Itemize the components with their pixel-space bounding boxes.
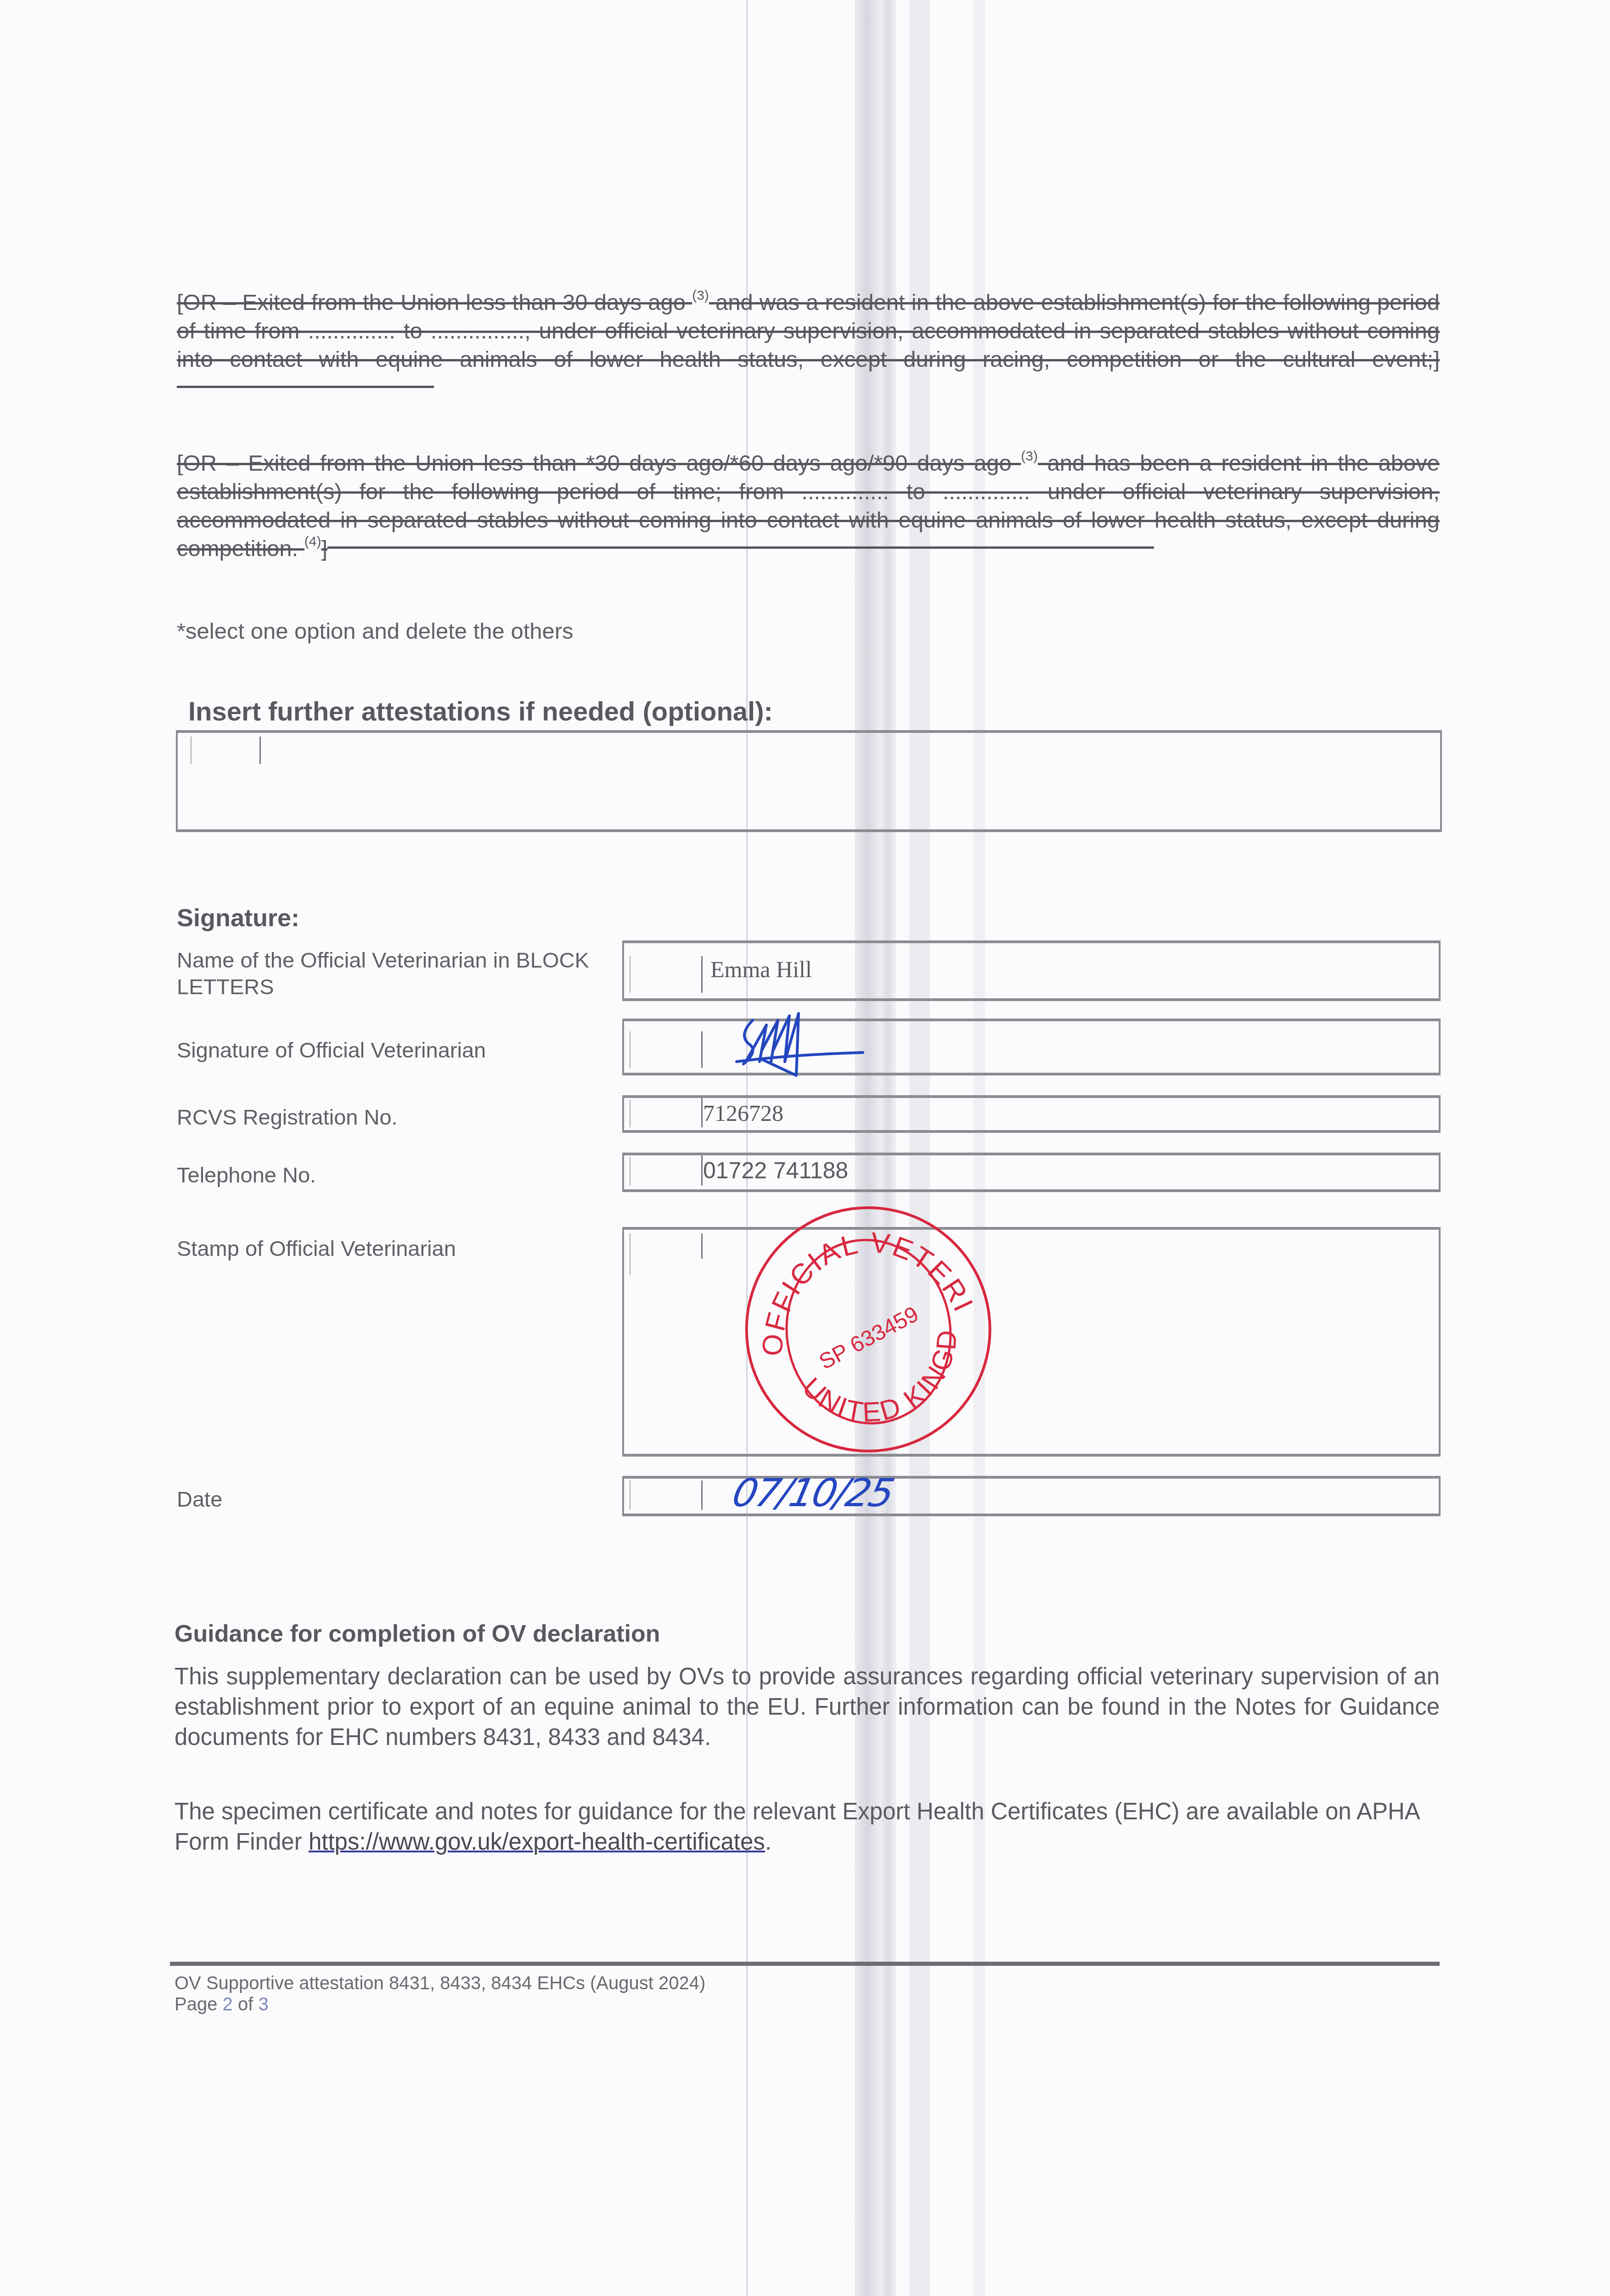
field-guide-mark: [191, 737, 191, 764]
rcvs-value: 7126728: [703, 1100, 783, 1126]
option-b-prefix: [OR – Exited from the Union less than *3…: [177, 451, 1021, 476]
field-guide-mark: [630, 1031, 630, 1068]
ov-name-label: Name of the Official Veterinarian in BLO…: [177, 947, 590, 1000]
guidance-paragraph-2: The specimen certificate and notes for g…: [175, 1796, 1440, 1857]
svg-text:SP 633459: SP 633459: [815, 1302, 923, 1374]
attestation-option-a: [OR – Exited from the Union less than 30…: [177, 288, 1440, 402]
field-guide-mark: [701, 1031, 703, 1068]
field-guide-mark: [701, 1480, 703, 1510]
field-guide-mark: [630, 1233, 630, 1275]
page-total: 3: [258, 1994, 268, 2015]
footnote-ref: (3): [692, 288, 709, 303]
footer-document-title: OV Supportive attestation 8431, 8433, 84…: [175, 1973, 705, 1994]
date-field[interactable]: 07/10/25: [622, 1476, 1441, 1516]
page-of: of: [233, 1994, 259, 2015]
ov-signature-field[interactable]: EHill: [622, 1019, 1441, 1075]
telephone-label: Telephone No.: [177, 1162, 316, 1188]
guidance-heading: Guidance for completion of OV declaratio…: [175, 1620, 660, 1648]
strike-trail-line: [177, 386, 434, 388]
option-b-suffix: ]: [321, 536, 327, 561]
field-guide-mark: [259, 737, 261, 764]
ov-signature-label: Signature of Official Veterinarian: [177, 1037, 486, 1064]
date-label: Date: [177, 1486, 222, 1513]
ov-name-field[interactable]: Emma Hill: [622, 940, 1441, 1001]
page-current: 2: [223, 1994, 233, 2015]
select-option-note: *select one option and delete the others: [177, 618, 574, 645]
attestation-option-b: [OR – Exited from the Union less than *3…: [177, 449, 1440, 563]
field-guide-mark: [701, 1098, 703, 1127]
footnote-ref: (3): [1021, 449, 1038, 464]
further-attestations-field[interactable]: [176, 730, 1442, 832]
field-guide-mark: [630, 1157, 630, 1186]
official-veterinarian-stamp-icon: OFFICIAL VETERINARIAN UNITED KINGDOM SP …: [739, 1199, 996, 1456]
further-attestations-heading: Insert further attestations if needed (o…: [188, 696, 773, 727]
rcvs-field[interactable]: 7126728: [622, 1095, 1441, 1133]
stamp-label: Stamp of Official Veterinarian: [177, 1235, 456, 1262]
telephone-field[interactable]: 01722 741188: [622, 1153, 1441, 1192]
footnote-ref: (4): [304, 534, 321, 549]
footer-page-indicator: Page 2 of 3: [175, 1994, 269, 2015]
strike-trail-line: [327, 546, 1154, 549]
rcvs-label: RCVS Registration No.: [177, 1104, 398, 1131]
field-guide-mark: [701, 956, 703, 993]
field-guide-mark: [630, 1100, 630, 1127]
ov-name-value: Emma Hill: [710, 956, 812, 983]
option-a-prefix: [OR – Exited from the Union less than 30…: [177, 290, 692, 315]
field-guide-mark: [701, 1155, 703, 1186]
field-guide-mark: [630, 956, 630, 993]
page-label: Page: [175, 1994, 223, 2015]
signature-heading: Signature:: [177, 904, 299, 932]
date-value: 07/10/25: [729, 1470, 897, 1515]
telephone-value: 01722 741188: [703, 1157, 848, 1184]
handwritten-signature-icon: [734, 1007, 872, 1085]
guidance-paragraph-1: This supplementary declaration can be us…: [175, 1661, 1440, 1752]
footer-divider: [170, 1962, 1440, 1966]
export-health-certificates-link[interactable]: https://www.gov.uk/export-health-certifi…: [309, 1829, 765, 1855]
field-guide-mark: [701, 1233, 703, 1259]
field-guide-mark: [630, 1480, 630, 1510]
guidance-paragraph-2-end: .: [765, 1829, 771, 1855]
